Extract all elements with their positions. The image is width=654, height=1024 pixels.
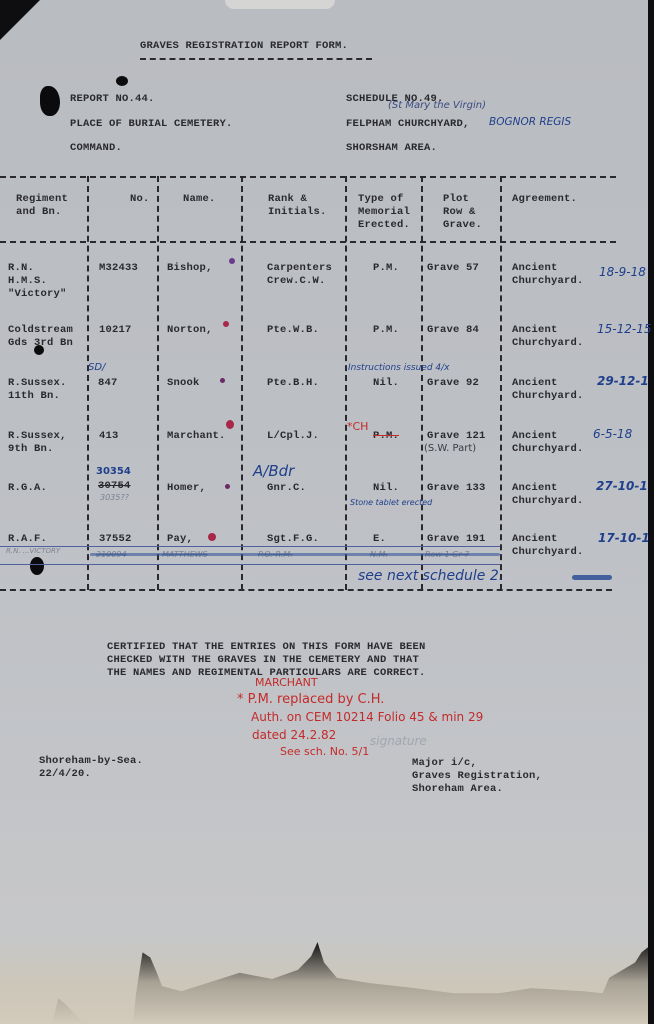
annotation-line-1: * P.M. replaced by C.H. — [237, 692, 384, 707]
cell-name: Pay, — [167, 533, 193, 546]
number-annotation-2: 3035?? — [100, 493, 129, 502]
annotation-line-4: See sch. No. 5/1 — [280, 745, 369, 758]
table-header-border — [0, 241, 616, 243]
header-rank: Rank & Initials. — [268, 193, 327, 219]
strike-scribble — [90, 553, 500, 556]
header-no: No. — [130, 193, 150, 206]
cell-rank: L/Cpl.J. — [267, 430, 319, 443]
rank-annotation: A/Bdr — [253, 462, 294, 480]
date-note: 6-5-18 — [593, 427, 632, 441]
cell-memorial: P.M. — [373, 262, 399, 275]
col-divider — [421, 176, 423, 590]
cell-agreement: Ancient Churchyard. — [512, 482, 584, 508]
cell-name: Norton, — [167, 324, 213, 337]
number-annotation: SD/ — [88, 362, 105, 373]
schedule-annotation: (St Mary the Virgin) — [388, 100, 486, 111]
header-memorial: Type of Memorial Erected. — [358, 193, 410, 232]
signatory-title: Major i/c, — [412, 757, 477, 770]
table-top-border — [0, 176, 616, 178]
cell-agreement: Ancient Churchyard. — [512, 377, 584, 403]
cell-no: 413 — [99, 430, 119, 443]
cell-rank: Pte.B.H. — [267, 377, 319, 390]
annotation-name: MARCHANT — [255, 676, 318, 689]
check-mark — [220, 378, 225, 383]
footer-place: Shoreham-by-Sea. — [39, 755, 143, 768]
cell-regiment: R.A.F. — [8, 533, 47, 546]
paper-stain — [0, 940, 648, 1024]
memorial-annotation: Stone tablet erected — [350, 497, 432, 508]
cell-rank: Pte.W.B. — [267, 324, 319, 337]
cell-plot: Grave 92 — [427, 377, 479, 390]
plot-annotation: (S.W. Part) — [424, 443, 476, 454]
col-divider — [500, 176, 502, 590]
cell-regiment: R.Sussex. 11th Bn. — [8, 377, 67, 403]
cell-memorial: Nil. — [373, 482, 399, 495]
cell-plot: Grave 191 — [427, 533, 486, 546]
cell-agreement: Ancient Churchyard. — [512, 533, 584, 559]
memorial-annotation: *CH — [347, 420, 368, 433]
cell-name: Homer, — [167, 482, 206, 495]
cell-memorial: P.M. — [373, 430, 399, 443]
cemetery-annotation: BOGNOR REGIS — [489, 116, 571, 128]
area-label: SHORSHAM AREA. — [346, 142, 437, 155]
cell-memorial: P.M. — [373, 324, 399, 337]
cell-regiment: R.N. H.M.S. "Victory" — [8, 262, 67, 301]
memorial-annotation: Instructions issued 4/x — [348, 360, 450, 376]
strike-line — [0, 564, 500, 565]
check-mark — [223, 321, 229, 327]
check-mark — [229, 258, 235, 264]
cell-plot: Grave 57 — [427, 262, 479, 275]
report-number: REPORT NO.44. — [70, 93, 155, 106]
signatory-area: Shoreham Area. — [412, 783, 503, 796]
cell-regiment: Coldstream Gds 3rd Bn — [8, 324, 73, 350]
cell-rank: Carpenters Crew.C.W. — [267, 262, 332, 288]
strike-scribble — [572, 575, 612, 580]
number-annotation: 30354 — [96, 466, 131, 477]
ink-blot — [40, 86, 60, 116]
certification-text: CERTIFIED THAT THE ENTRIES ON THIS FORM … — [107, 641, 426, 680]
date-note: 17-10-1 — [598, 531, 650, 545]
cell-agreement: Ancient Churchyard. — [512, 262, 584, 288]
col-divider — [241, 176, 243, 590]
header-regiment: Regiment and Bn. — [16, 193, 68, 219]
cell-no: M32433 — [99, 262, 138, 275]
cell-regiment: R.Sussex, 9th Bn. — [8, 430, 67, 456]
header-name: Name. — [183, 193, 216, 206]
place-of-burial-label: PLACE OF BURIAL CEMETERY. — [70, 118, 233, 131]
date-note: 27-10-1 — [596, 479, 648, 493]
signatory-unit: Graves Registration, — [412, 770, 542, 783]
header-plot: Plot Row & Grave. — [443, 193, 482, 232]
cemetery-name: FELPHAM CHURCHYARD, — [346, 118, 470, 131]
cell-agreement: Ancient Churchyard. — [512, 430, 584, 456]
struck-regiment: R.N. ...VICTORY — [6, 547, 60, 555]
cell-name: Snook — [167, 377, 200, 390]
cell-no: 10217 — [99, 324, 132, 337]
title-underline — [140, 58, 372, 60]
cell-rank: Gnr.C. — [267, 482, 306, 495]
command-label: COMMAND. — [70, 142, 122, 155]
footer-date: 22/4/20. — [39, 768, 91, 781]
ink-blot — [30, 557, 44, 575]
cell-plot: Grave 121 — [427, 430, 486, 443]
form-title: GRAVES REGISTRATION REPORT FORM. — [140, 40, 348, 53]
cell-rank: Sgt.F.G. — [267, 533, 319, 546]
col-divider — [157, 176, 159, 590]
annotation-line-2: Auth. on CEM 10214 Folio 45 & min 29 — [251, 710, 483, 724]
cell-no: 30754 — [98, 480, 131, 493]
col-divider — [87, 176, 89, 590]
table-bottom-border — [0, 589, 612, 591]
date-note: 15-12-15 — [597, 322, 651, 336]
check-mark — [226, 420, 234, 429]
cell-plot: Grave 84 — [427, 324, 479, 337]
cell-agreement: Ancient Churchyard. — [512, 324, 584, 350]
cell-name: Marchant. — [167, 430, 226, 443]
cell-memorial: Nil. — [373, 377, 399, 390]
date-note: 29-12-1 — [597, 374, 649, 388]
cell-no: 847 — [98, 377, 118, 390]
cell-name: Bishop, — [167, 262, 213, 275]
cell-memorial: E. — [373, 533, 386, 546]
continuation-note: see next schedule 2. — [358, 568, 503, 584]
check-mark — [208, 533, 216, 541]
ink-blot — [116, 76, 128, 86]
cell-no: 37552 — [99, 533, 132, 546]
tape-residue — [225, 0, 335, 9]
cell-regiment: R.G.A. — [8, 482, 47, 495]
strike-line — [0, 546, 500, 547]
annotation-line-3: dated 24.2.82 — [252, 728, 336, 742]
header-agreement: Agreement. — [512, 193, 577, 206]
col-divider — [345, 176, 347, 590]
faint-signature: signature — [370, 734, 427, 748]
date-note: 18-9-18 — [599, 265, 646, 279]
check-mark — [225, 484, 230, 489]
cell-plot: Grave 133 — [427, 482, 486, 495]
